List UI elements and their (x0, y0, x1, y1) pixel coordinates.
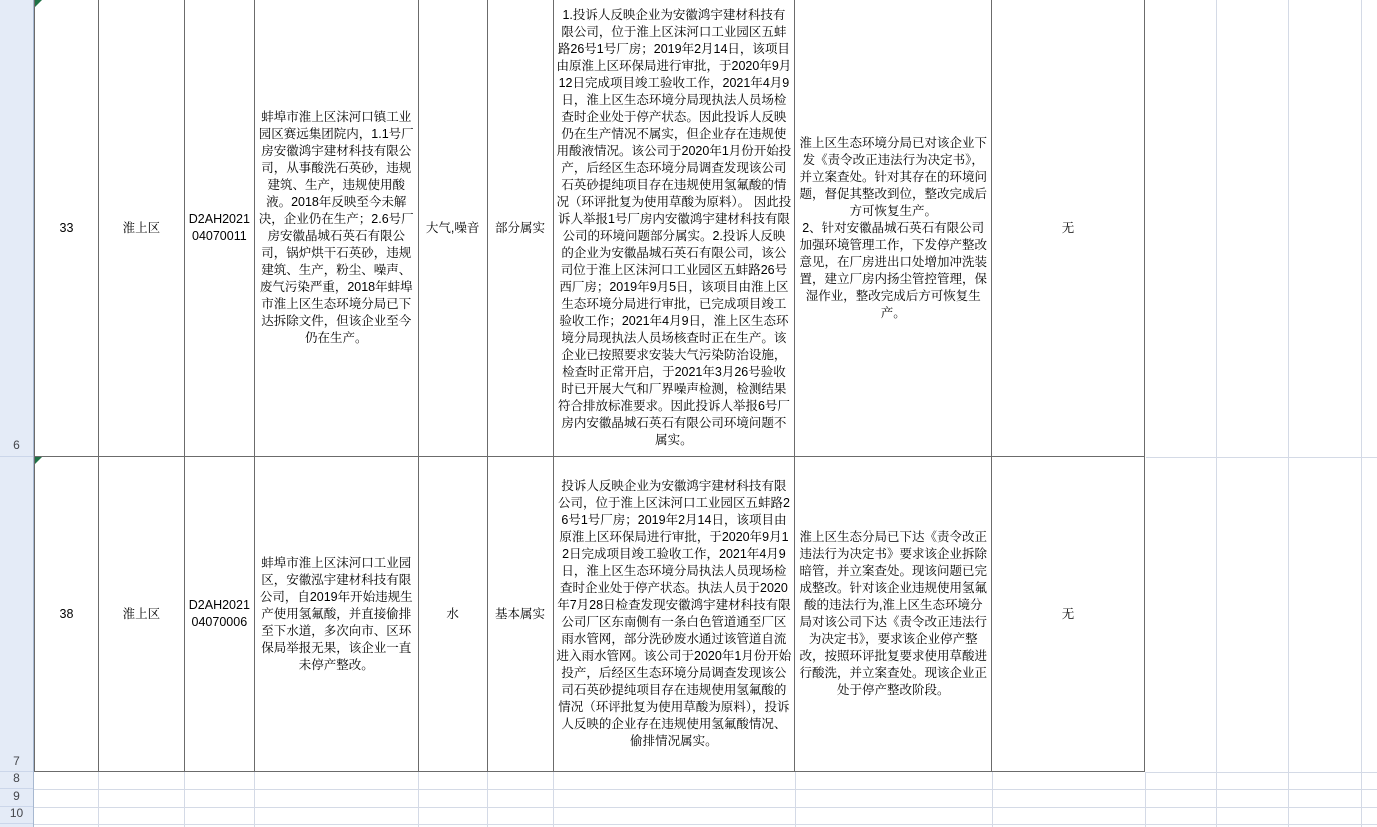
gridline (1361, 0, 1362, 827)
cell-pollution-type[interactable]: 大气,噪音 (419, 0, 488, 456)
gridline (184, 772, 185, 827)
gridline (34, 824, 1377, 825)
cell-seq[interactable]: 33 (35, 0, 99, 456)
gutter-separator (0, 823, 33, 824)
gridline (1146, 457, 1377, 458)
gridline (254, 772, 255, 827)
row-header-10[interactable]: 10 (0, 805, 33, 822)
gridline (34, 807, 1377, 808)
gutter-separator (0, 788, 33, 789)
seq-value: 38 (60, 606, 74, 623)
row-header-7[interactable]: 7 (0, 753, 33, 770)
cell-investigation-detail[interactable]: 投诉人反映企业为安徽鸿宇建材科技有限公司，位于淮上区沫河口工业园区五蚌路26号1… (554, 457, 796, 771)
spreadsheet-view: 6 7 8 9 10 33 淮上区 D2AH2021 04070011 (0, 0, 1377, 827)
cell-case-number[interactable]: D2AH2021 04070011 (185, 0, 255, 456)
gridline (992, 772, 993, 827)
gutter-separator (0, 771, 33, 772)
gridline (1145, 772, 1146, 827)
cell-accountability[interactable]: 无 (992, 457, 1145, 771)
row-header-9[interactable]: 9 (0, 788, 33, 805)
row-header-6[interactable]: 6 (0, 437, 33, 454)
cell-investigation-detail[interactable]: 1.投诉人反映企业为安徽鸿宇建材科技有限公司，位于淮上区沫河口工业园区五蚌路26… (554, 0, 796, 456)
error-indicator-icon (35, 0, 42, 7)
complaints-table: 33 淮上区 D2AH2021 04070011 蚌埠市淮上区沫河口镇工业园区赛… (34, 0, 1145, 772)
cell-complaint-content[interactable]: 蚌埠市淮上区沫河口工业园区，安徽泓宇建材科技有限公司，自2019年开始违规生产使… (255, 457, 419, 771)
table-row: 38 淮上区 D2AH2021 04070006 蚌埠市淮上区沫河口工业园区，安… (35, 457, 1145, 772)
error-indicator-icon (35, 457, 42, 464)
seq-value: 33 (60, 220, 74, 237)
table-row: 33 淮上区 D2AH2021 04070011 蚌埠市淮上区沫河口镇工业园区赛… (35, 0, 1145, 457)
cell-district[interactable]: 淮上区 (99, 0, 185, 456)
gridline (553, 772, 554, 827)
gridline (1288, 0, 1289, 827)
cell-verification-result[interactable]: 部分属实 (488, 0, 554, 456)
gridline (487, 772, 488, 827)
cell-accountability[interactable]: 无 (992, 0, 1145, 456)
row-header-8[interactable]: 8 (0, 770, 33, 787)
cell-case-number[interactable]: D2AH2021 04070006 (185, 457, 255, 771)
gridline (795, 772, 796, 827)
gridline (98, 772, 99, 827)
cell-handling-measures[interactable]: 淮上区生态环境分局已对该企业下发《责令改正违法行为决定书》，并立案查处。针对其存… (795, 0, 992, 456)
cell-seq[interactable]: 38 (35, 457, 99, 771)
gridline (418, 772, 419, 827)
gutter-separator (0, 806, 33, 807)
cell-pollution-type[interactable]: 水 (419, 457, 488, 771)
cell-handling-measures[interactable]: 淮上区生态分局已下达《责令改正违法行为决定书》要求该企业拆除暗管，并立案查处。现… (795, 457, 992, 771)
cell-district[interactable]: 淮上区 (99, 457, 185, 771)
gutter-separator (0, 456, 33, 457)
row-header-gutter: 6 7 8 9 10 (0, 0, 34, 827)
gridline (1146, 772, 1377, 773)
gridline (1216, 0, 1217, 827)
cell-complaint-content[interactable]: 蚌埠市淮上区沫河口镇工业园区赛远集团院内，1.1号厂房安徽鸿宇建材科技有限公司，… (255, 0, 419, 456)
cell-verification-result[interactable]: 基本属实 (488, 457, 554, 771)
gridline (34, 789, 1377, 790)
